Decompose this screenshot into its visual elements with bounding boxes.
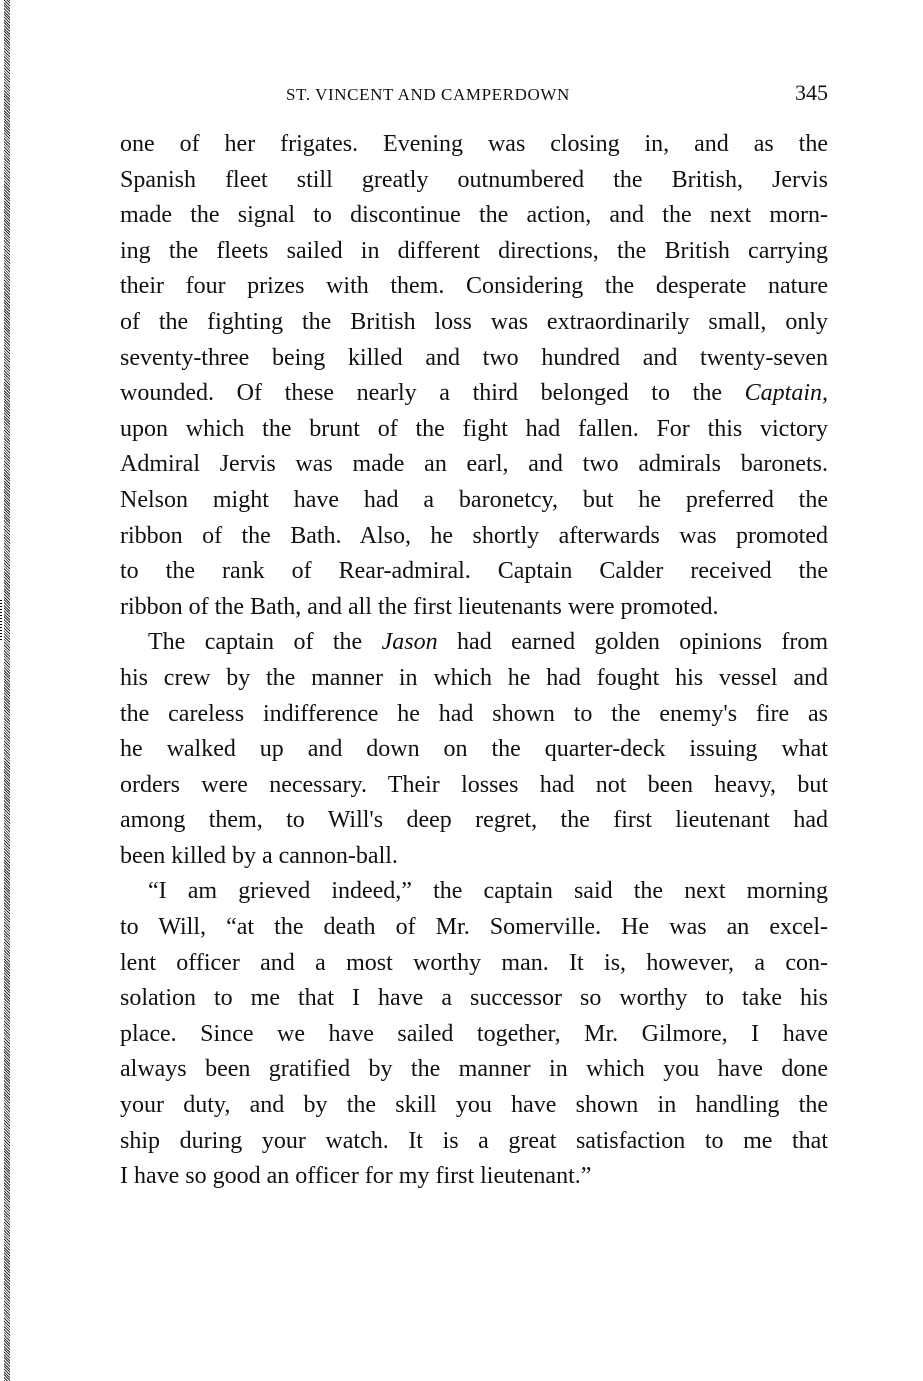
text-line: ribbon of the Bath, and all the first li… — [120, 590, 828, 626]
italic-ship-name: Captain, — [745, 380, 828, 406]
text-line: he walked up and down on the quarter-dec… — [120, 732, 828, 768]
italic-ship-name: Jason — [382, 629, 438, 655]
text-line: The captain of the Jason had earned gold… — [120, 625, 828, 661]
text-line: Admiral Jervis was made an earl, and two… — [120, 447, 828, 483]
text-line: I have so good an officer for my first l… — [120, 1159, 828, 1195]
page-header: ST. VINCENT AND CAMPERDOWN 345 — [120, 80, 828, 110]
text-line: Nelson might have had a baronetcy, but h… — [120, 483, 828, 519]
text-line: upon which the brunt of the fight had fa… — [120, 412, 828, 448]
text-span: had earned golden opinions from — [438, 629, 828, 655]
paragraph-2: The captain of the Jason had earned gold… — [120, 625, 828, 874]
text-line: made the signal to discontinue the actio… — [120, 198, 828, 234]
text-line: to Will, “at the death of Mr. Somerville… — [120, 910, 828, 946]
paragraph-3: “I am grieved indeed,” the captain said … — [120, 874, 828, 1194]
text-line: wounded. Of these nearly a third belonge… — [120, 376, 828, 412]
text-line: Spanish fleet still greatly outnumbered … — [120, 163, 828, 199]
text-line: their four prizes with them. Considering… — [120, 269, 828, 305]
text-line: his crew by the manner in which he had f… — [120, 661, 828, 697]
text-line: been killed by a cannon-ball. — [120, 839, 828, 875]
binding-mark — [0, 600, 2, 640]
text-line: ship during your watch. It is a great sa… — [120, 1124, 828, 1160]
text-line: among them, to Will's deep regret, the f… — [120, 803, 828, 839]
text-line: one of her frigates. Evening was closing… — [120, 127, 828, 163]
text-line: “I am grieved indeed,” the captain said … — [120, 874, 828, 910]
text-line: lent officer and a most worthy man. It i… — [120, 946, 828, 982]
text-line: solation to me that I have a successor s… — [120, 981, 828, 1017]
text-span: The captain of the — [148, 629, 382, 655]
text-line: place. Since we have sailed together, Mr… — [120, 1017, 828, 1053]
body-text: one of her frigates. Evening was closing… — [120, 127, 828, 1195]
text-line: of the fighting the British loss was ext… — [120, 305, 828, 341]
text-span: wounded. Of these nearly a third belonge… — [120, 380, 745, 406]
text-line: to the rank of Rear-admiral. Captain Cal… — [120, 554, 828, 590]
text-line: your duty, and by the skill you have sho… — [120, 1088, 828, 1124]
text-line: seventy-three being killed and two hundr… — [120, 341, 828, 377]
running-title: ST. VINCENT AND CAMPERDOWN — [286, 85, 570, 105]
paragraph-1: one of her frigates. Evening was closing… — [120, 127, 828, 625]
binding-edge — [4, 0, 10, 1381]
text-line: ribbon of the Bath. Also, he shortly aft… — [120, 519, 828, 555]
text-line: the careless indifference he had shown t… — [120, 697, 828, 733]
text-line: orders were necessary. Their losses had … — [120, 768, 828, 804]
text-line: ing the fleets sailed in different direc… — [120, 234, 828, 270]
text-line: always been gratified by the manner in w… — [120, 1052, 828, 1088]
page-number: 345 — [795, 80, 828, 106]
